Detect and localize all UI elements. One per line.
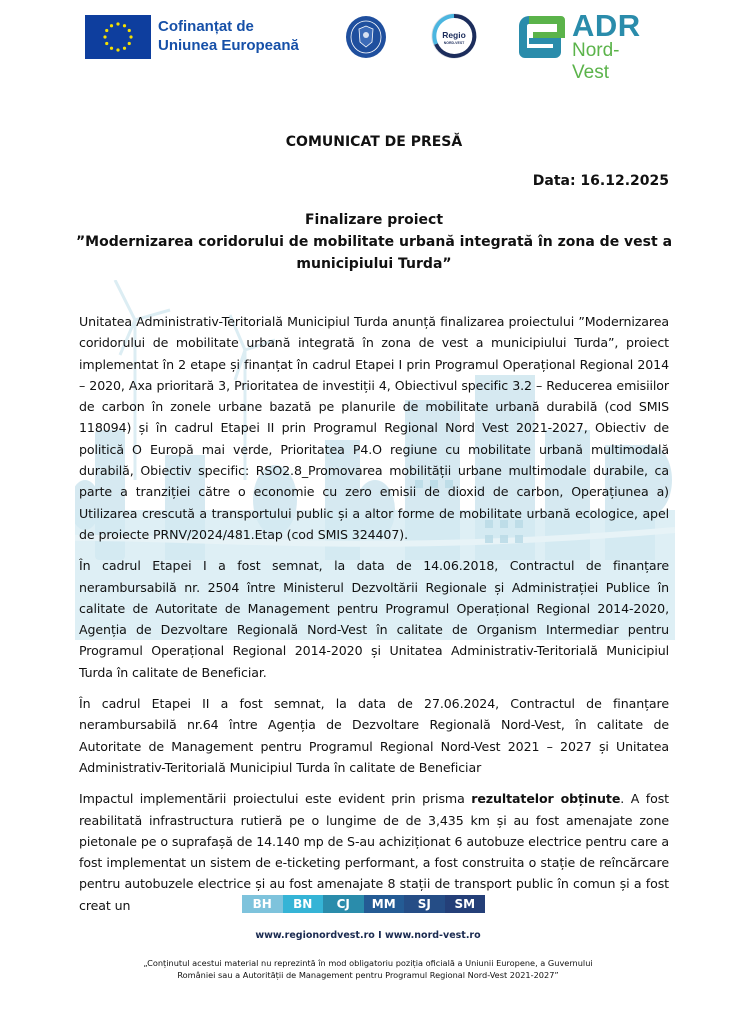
- eu-label-line2: Uniunea Europeană: [158, 36, 299, 55]
- body-paragraphs: Unitatea Administrativ-Teritorială Munic…: [79, 311, 669, 926]
- footer-disclaimer: „Conținutul acestui material nu reprezin…: [100, 957, 636, 981]
- impact-text-bold: rezultatelor obținute: [471, 791, 620, 806]
- svg-text:NORD-VEST: NORD-VEST: [444, 41, 465, 45]
- county-sm: SM: [445, 895, 486, 913]
- document-subtitle: Finalizare proiect ”Modernizarea coridor…: [69, 209, 679, 275]
- county-cj: CJ: [323, 895, 364, 913]
- county-mm: MM: [364, 895, 405, 913]
- subtitle-line1: Finalizare proiect: [69, 209, 679, 231]
- adr-nord-vest-logo-icon: ADR Nord-Vest: [515, 12, 655, 64]
- eu-flag-icon: [85, 15, 151, 59]
- disclaimer-line1: „Conținutul acestui material nu reprezin…: [100, 957, 636, 969]
- page-header: Cofinanțat de Uniunea Europeană Regio NO…: [0, 0, 736, 75]
- romanian-government-seal-icon: [345, 15, 387, 59]
- svg-text:Regio: Regio: [442, 30, 466, 40]
- footer-web-links: www.regionordvest.ro I www.nord-vest.ro: [0, 930, 736, 941]
- eu-cofinancing-label: Cofinanțat de Uniunea Europeană: [158, 17, 299, 55]
- paragraph-stage-1: În cadrul Etapei I a fost semnat, la dat…: [79, 555, 669, 683]
- subtitle-line2: ”Modernizarea coridorului de mobilitate …: [69, 231, 679, 275]
- county-sj: SJ: [404, 895, 445, 913]
- county-bh: BH: [242, 895, 283, 913]
- regio-nord-vest-logo-icon: Regio NORD-VEST: [430, 12, 478, 60]
- document-date: Data: 16.12.2025: [533, 173, 669, 189]
- paragraph-intro: Unitatea Administrativ-Teritorială Munic…: [79, 311, 669, 545]
- disclaimer-line2: României sau a Autorității de Management…: [100, 969, 636, 981]
- paragraph-stage-2: În cadrul Etapei II a fost semnat, la da…: [79, 693, 669, 778]
- county-bn: BN: [283, 895, 324, 913]
- county-code-bar: BHBNCJMMSJSM: [242, 895, 485, 913]
- adr-label: ADR: [572, 10, 641, 42]
- document-title: COMUNICAT DE PRESĂ: [79, 134, 669, 150]
- impact-text-before: Impactul implementării proiectului este …: [79, 791, 471, 806]
- eu-label-line1: Cofinanțat de: [158, 17, 299, 36]
- adr-sub-label: Nord-Vest: [572, 40, 655, 84]
